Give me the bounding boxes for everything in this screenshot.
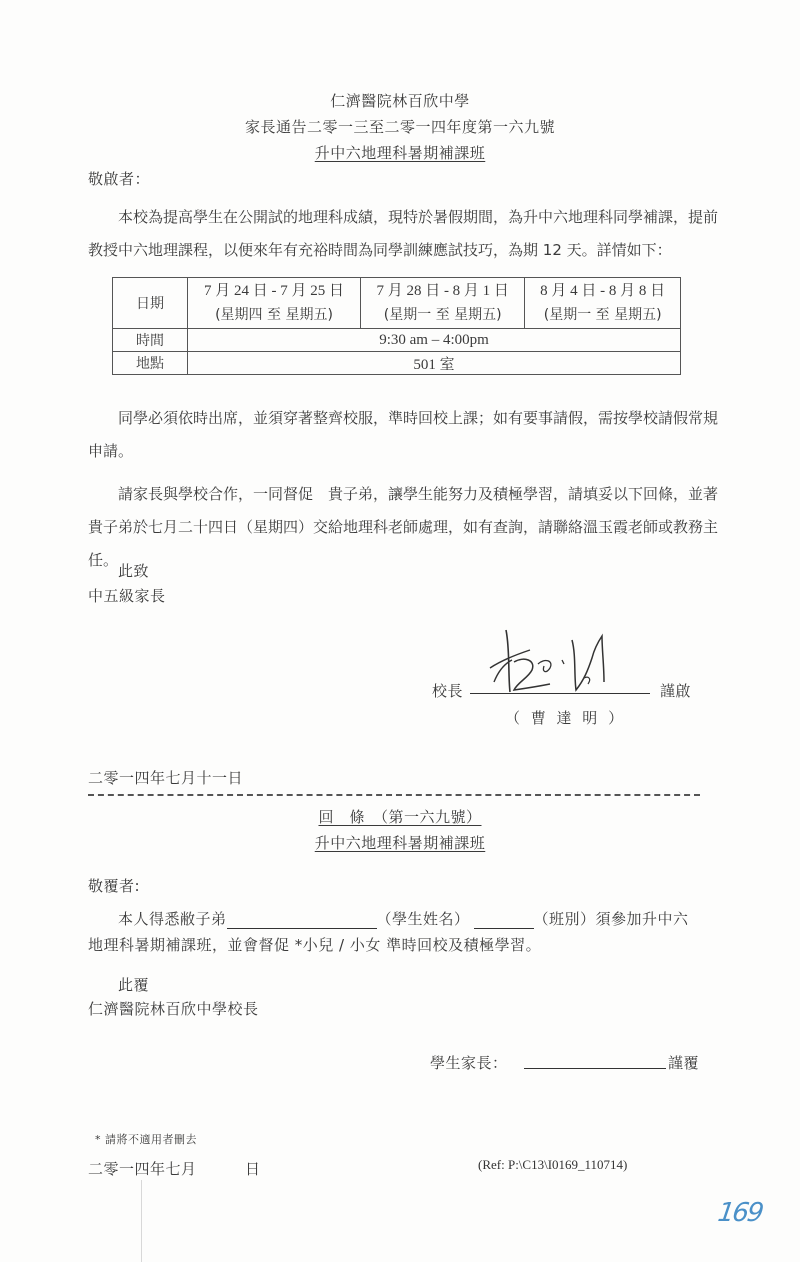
student-name-field[interactable] xyxy=(227,912,377,929)
principal-name: （ 曹 達 明 ） xyxy=(505,707,626,728)
cooperation-paragraph: 請家長與學校合作，一同督促 貴子弟，讓學生能努力及積極學習，請填妥以下回條，並著… xyxy=(88,478,718,577)
reply-slip-subject: 升中六地理科暑期補課班 xyxy=(0,832,800,853)
table-row-date: 日期 7 月 24 日 - 7 月 25 日 (星期四 至 星期五) 7 月 2… xyxy=(113,278,681,329)
reply-slip-subject-text: 升中六地理科暑期補課班 xyxy=(315,834,486,852)
reply-body-line2: 地理科暑期補課班，並會督促 *小兒 / 小女 準時回校及積極學習。 xyxy=(88,934,541,955)
reply-recipient: 仁濟醫院林百欣中學校長 xyxy=(88,998,259,1019)
date-cell-week3: 8 月 4 日 - 8 月 8 日 (星期一 至 星期五) xyxy=(525,278,681,329)
tear-off-line xyxy=(88,794,700,796)
principal-title: 校長 xyxy=(432,680,463,701)
row-label-date: 日期 xyxy=(113,278,188,329)
student-name-label: （學生姓名） xyxy=(377,910,470,928)
date-range: 7 月 28 日 - 8 月 1 日 xyxy=(365,279,520,303)
venue-value: 501 室 xyxy=(188,352,681,375)
reply-body-line1: 本人得悉敝子弟（學生姓名）（班別）須參加升中六 xyxy=(118,908,689,929)
principal-signature xyxy=(484,620,634,695)
footnote: * 請將不適用者刪去 xyxy=(95,1131,197,1147)
reply-slip-title: 回 條 （第一六九號） xyxy=(0,806,800,827)
letter-date: 二零一四年七月十一日 xyxy=(88,767,243,788)
reply-slip-title-text: 回 條 （第一六九號） xyxy=(318,808,481,826)
reply-date-prefix: 二零一四年七月 xyxy=(88,1158,197,1179)
date-range: 7 月 24 日 - 7 月 25 日 xyxy=(192,279,356,303)
row-label-venue: 地點 xyxy=(113,352,188,375)
table-row-time: 時間 9:30 am – 4:00pm xyxy=(113,329,681,352)
date-cell-week1: 7 月 24 日 - 7 月 25 日 (星期四 至 星期五) xyxy=(188,278,361,329)
row-label-time: 時間 xyxy=(113,329,188,352)
reply-salutation: 敬覆者: xyxy=(88,875,140,896)
notice-number: 家長通告二零一三至二零一四年度第一六九號 xyxy=(0,116,800,137)
parent-signature-field[interactable] xyxy=(524,1068,666,1069)
notice-subject: 升中六地理科暑期補課班 xyxy=(0,142,800,163)
reply-closing: 此覆 xyxy=(118,974,149,995)
venue-text: 501 室 xyxy=(413,357,454,373)
principal-suffix: 謹啟 xyxy=(660,680,691,701)
salutation: 敬啟者： xyxy=(88,168,150,189)
intro-paragraph: 本校為提高學生在公開試的地理科成績，現特於暑假期間，為升中六地理科同學補課，提前… xyxy=(88,201,718,267)
date-cell-week2: 7 月 28 日 - 8 月 1 日 (星期一 至 星期五) xyxy=(361,278,525,329)
class-label: （班別）須參加升中六 xyxy=(534,910,689,928)
schedule-table: 日期 7 月 24 日 - 7 月 25 日 (星期四 至 星期五) 7 月 2… xyxy=(112,277,681,375)
day-range: (星期一 至 星期五) xyxy=(529,303,676,327)
notice-subject-text: 升中六地理科暑期補課班 xyxy=(315,144,486,162)
school-name: 仁濟醫院林百欣中學 xyxy=(0,90,800,111)
reply-date-suffix: 日 xyxy=(245,1158,261,1179)
recipient: 中五級家長 xyxy=(88,585,166,606)
signature-scribble-icon xyxy=(484,620,634,695)
parent-label: 學生家長： xyxy=(430,1052,508,1073)
principal-signature-line xyxy=(470,693,650,694)
day-range: (星期一 至 星期五) xyxy=(365,303,520,327)
scan-margin-line xyxy=(141,1180,142,1262)
reference-code: (Ref: P:\C13\I0169_110714) xyxy=(478,1157,627,1173)
table-row-venue: 地點 501 室 xyxy=(113,352,681,375)
day-range: (星期四 至 星期五) xyxy=(192,303,356,327)
class-field[interactable] xyxy=(474,912,534,929)
handwritten-page-number: 169 xyxy=(716,1198,764,1228)
date-range: 8 月 4 日 - 8 月 8 日 xyxy=(529,279,676,303)
closing: 此致 xyxy=(118,560,149,581)
reply-body-text: 本人得悉敝子弟 xyxy=(118,910,227,928)
time-text: 9:30 am – 4:00pm xyxy=(379,332,489,348)
time-value: 9:30 am – 4:00pm xyxy=(188,329,681,352)
parent-suffix: 謹覆 xyxy=(668,1052,699,1073)
attendance-paragraph: 同學必須依時出席，並須穿著整齊校服，準時回校上課；如有要事請假，需按學校請假常規… xyxy=(88,402,718,468)
